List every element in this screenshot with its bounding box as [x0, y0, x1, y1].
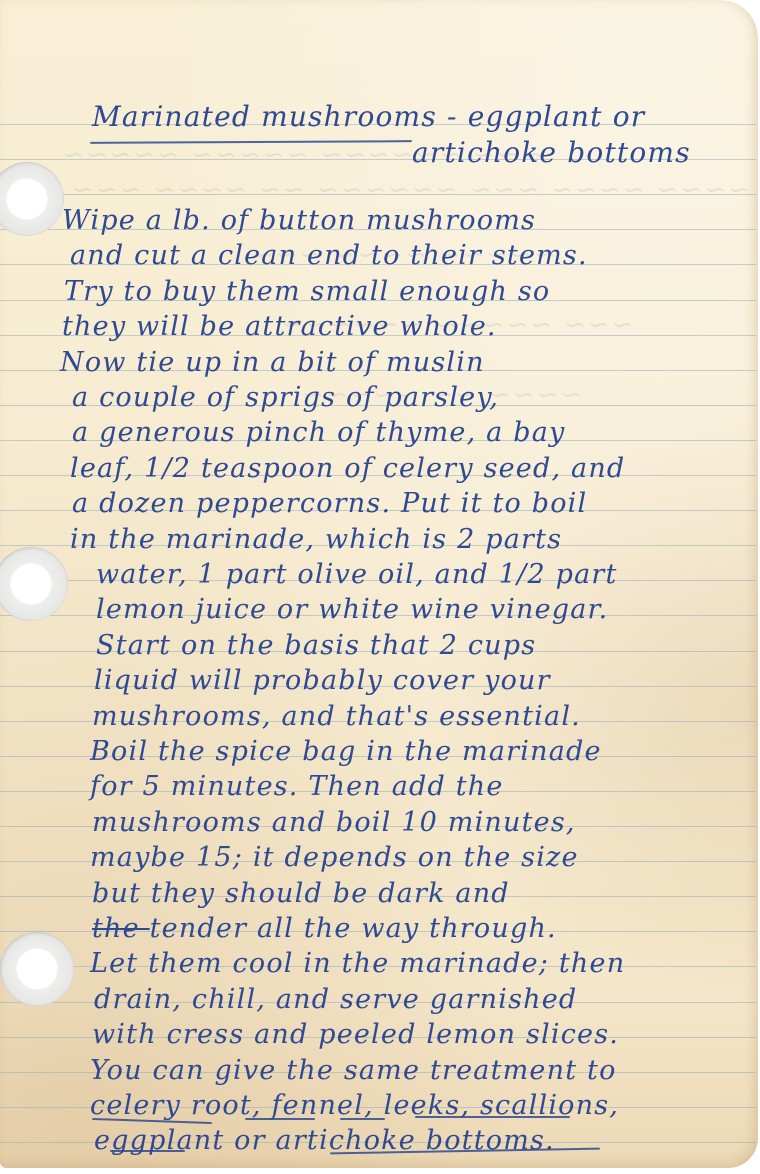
recipe-line: drain, chill, and serve garnished	[94, 984, 577, 1015]
recipe-title-line-1: Marinated mushrooms - eggplant or	[92, 100, 645, 133]
recipe-line: Wipe a lb. of button mushrooms	[62, 205, 536, 236]
recipe-line: the tender all the way through.	[92, 913, 557, 944]
recipe-line: Start on the basis that 2 cups	[96, 630, 536, 661]
recipe-line: in the marinade, which is 2 parts	[70, 524, 562, 555]
recipe-line-text: tender all the way through.	[150, 913, 557, 944]
recipe-line: mushrooms and boil 10 minutes,	[92, 807, 576, 838]
recipe-card-page: ~~~ ~~~~~~ ~~~~~ ~~~~~ ~~~~ ~~~~ ~~~ ~~~…	[0, 0, 758, 1168]
punch-hole-middle	[0, 547, 68, 621]
recipe-line: a dozen peppercorns. Put it to boil	[72, 488, 587, 519]
punch-hole-bottom	[0, 932, 74, 1006]
recipe-line: You can give the same treatment to	[90, 1055, 617, 1086]
recipe-line: a couple of sprigs of parsley,	[72, 382, 499, 413]
eggplant-underline	[110, 1150, 185, 1152]
recipe-line: Try to buy them small enough so	[64, 276, 550, 307]
fennel-underline	[245, 1118, 315, 1120]
recipe-line: leaf, 1/2 teaspoon of celery seed, and	[70, 453, 625, 484]
recipe-line: lemon juice or white wine vinegar.	[96, 594, 608, 625]
recipe-line: a generous pinch of thyme, a bay	[72, 417, 565, 448]
recipe-line: and cut a clean end to their stems.	[70, 240, 588, 271]
scallions-underline	[415, 1116, 570, 1118]
recipe-line: for 5 minutes. Then add the	[90, 771, 504, 802]
struck-out-word: the	[92, 913, 150, 944]
recipe-title-line-2: artichoke bottoms	[412, 136, 691, 169]
recipe-line: with cress and peeled lemon slices.	[92, 1019, 619, 1050]
recipe-line: water, 1 part olive oil, and 1/2 part	[96, 559, 618, 590]
recipe-line: liquid will probably cover your	[94, 665, 551, 696]
recipe-line: Let them cool in the marinade; then	[90, 948, 625, 979]
recipe-line: they will be attractive whole.	[62, 311, 497, 342]
recipe-line: mushrooms, and that's essential.	[92, 701, 581, 732]
recipe-line: maybe 15; it depends on the size	[90, 842, 579, 873]
punch-hole-top	[0, 162, 64, 236]
recipe-line: Now tie up in a bit of muslin	[60, 347, 485, 378]
recipe-line: but they should be dark and	[92, 878, 510, 909]
bleed-through-text: ~~~~ ~~~~ ~~~ ~~~~~~ ~~ ~~~~ ~~~	[70, 175, 750, 205]
recipe-line: Boil the spice bag in the marinade	[90, 736, 602, 767]
leeks-underline	[340, 1118, 385, 1120]
